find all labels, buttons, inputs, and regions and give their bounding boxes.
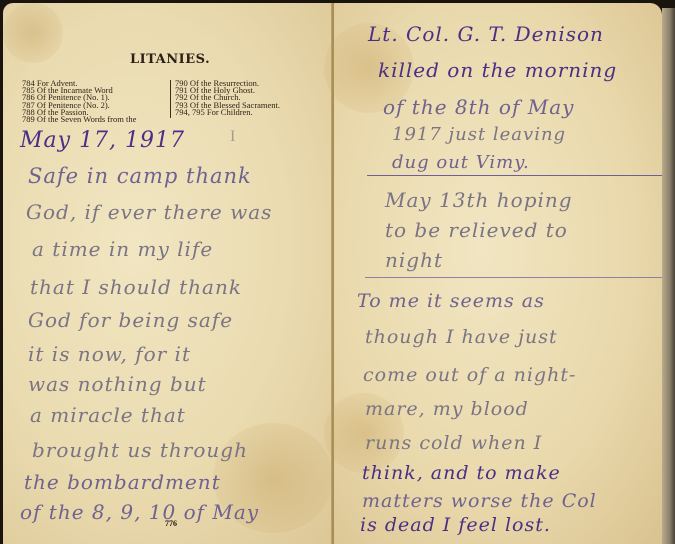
handwritten-line: brought us through xyxy=(32,438,248,462)
handwritten-line: of the 8th of May xyxy=(383,95,574,119)
handwritten-line: killed on the morning xyxy=(378,58,617,82)
divider-line xyxy=(365,277,662,278)
index-entry: 794, 795 For Children. xyxy=(175,109,280,116)
handwritten-line: to be relieved to xyxy=(385,218,568,242)
handwritten-line: God for being safe xyxy=(28,308,233,332)
index-entry: 789 Of the Seven Words from the xyxy=(22,116,136,123)
handwritten-line: Lt. Col. G. T. Denison xyxy=(368,22,604,46)
page-edges xyxy=(662,8,675,544)
handwritten-line: a miracle that xyxy=(30,403,186,427)
handwritten-line: God, if ever there was xyxy=(26,200,272,224)
handwritten-line: of the 8, 9, 10 of May xyxy=(20,500,259,524)
corner-wear xyxy=(3,3,63,63)
handwritten-line: 1917 just leaving xyxy=(392,124,566,145)
handwritten-line: the bombardment xyxy=(24,470,221,494)
handwritten-line: matters worse the Col xyxy=(362,490,597,512)
handwritten-line: night xyxy=(385,248,443,272)
handwritten-line: dug out Vimy. xyxy=(392,152,530,173)
handwritten-line: a time in my life xyxy=(32,237,213,261)
diary-spread: LITANIES. 784 For Advent. 785 Of the Inc… xyxy=(0,0,675,544)
handwritten-line: Safe in camp thank xyxy=(28,164,252,188)
printed-title: LITANIES. xyxy=(130,52,210,67)
divider-line xyxy=(367,175,662,176)
pencil-mark: I xyxy=(230,128,235,146)
handwritten-line: think, and to make xyxy=(362,462,561,484)
printed-index-right: 790 Of the Resurrection. 791 Of the Holy… xyxy=(170,80,280,118)
handwritten-line: come out of a night- xyxy=(363,364,576,386)
handwritten-line: it is now, for it xyxy=(28,342,191,366)
entry-date: May 17, 1917 xyxy=(20,128,185,153)
handwritten-line: was nothing but xyxy=(28,372,207,396)
handwritten-line: May 13th hoping xyxy=(385,188,573,212)
handwritten-line: is dead I feel lost. xyxy=(360,514,551,536)
handwritten-line: that I should thank xyxy=(30,275,242,299)
handwritten-line: runs cold when I xyxy=(365,432,542,454)
handwritten-line: To me it seems as xyxy=(357,290,545,312)
printed-index-left: 784 For Advent. 785 Of the Incarnate Wor… xyxy=(22,80,136,123)
handwritten-line: though I have just xyxy=(365,326,558,348)
handwritten-line: mare, my blood xyxy=(365,398,529,420)
